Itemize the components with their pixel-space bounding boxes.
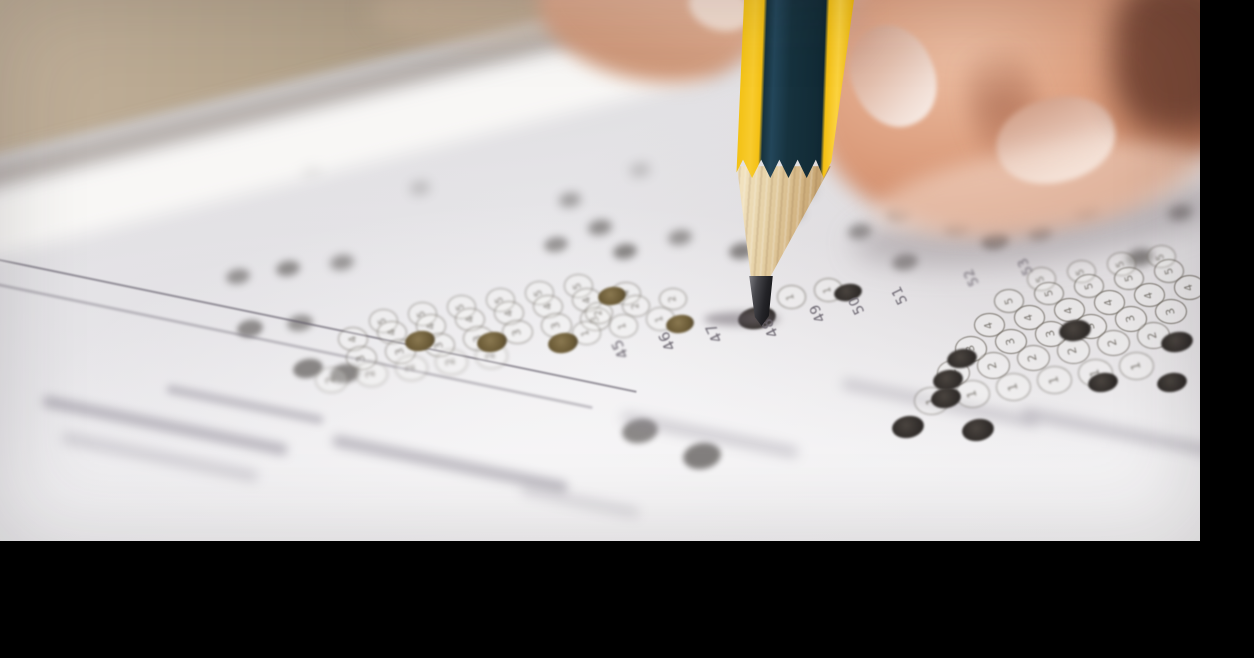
hand (0, 0, 1200, 541)
exam-photo: 5555554444444433333332222222211111555555… (0, 0, 1200, 541)
photo-frame: 5555554444444433333332222222211111555555… (0, 0, 1254, 658)
hand-dark-edge (1112, 0, 1200, 134)
pencil-wood-cone (734, 166, 831, 290)
pencil (690, 0, 880, 350)
pencil-body (730, 0, 860, 178)
